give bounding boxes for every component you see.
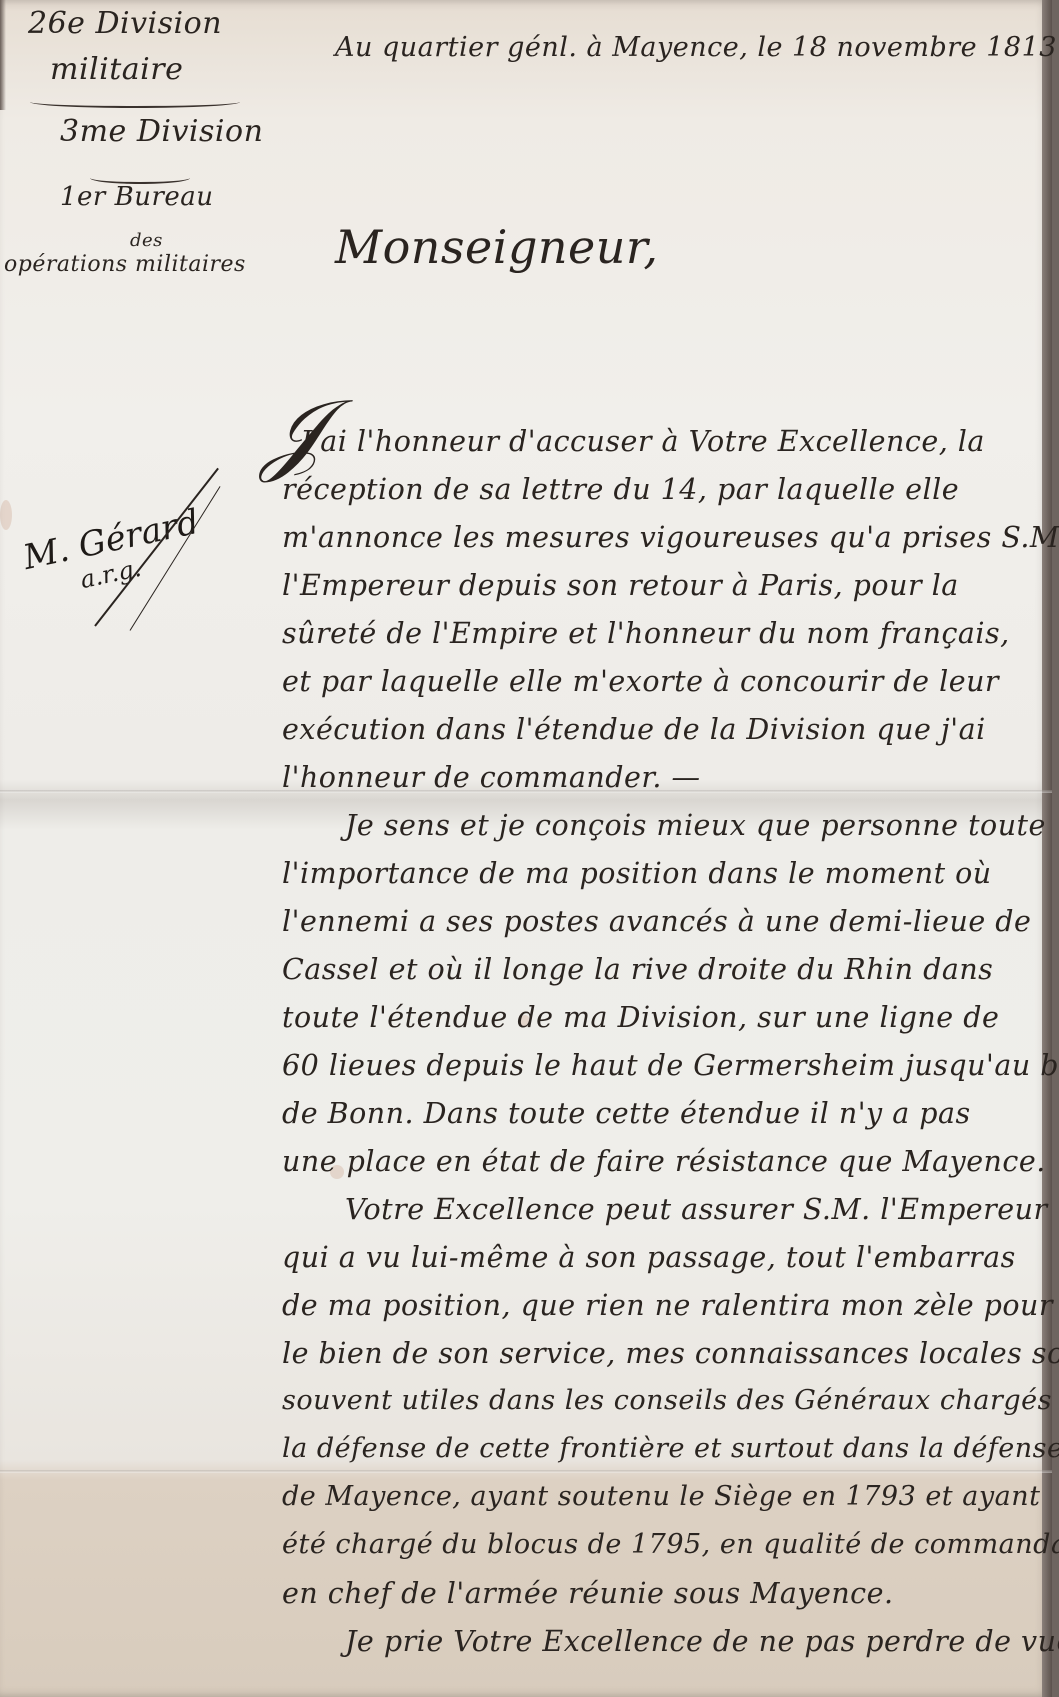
body-line: m'annonce les mesures vigoureuses qu'a p… [282,521,1059,554]
body-line: souvent utiles dans les conseils des Gén… [282,1385,1059,1416]
body-line: en chef de l'armée réunie sous Mayence. [282,1577,894,1610]
body-line: été chargé du blocus de 1795, en qualité… [282,1529,1059,1560]
body-line: exécution dans l'étendue de la Division … [282,713,986,746]
body-line: de Mayence, ayant soutenu le Siège en 17… [282,1481,1040,1512]
decorative-underline [30,96,240,108]
body-line: Je sens et je conçois mieux que personne… [345,809,1046,842]
margin-header-line: 26e Division [28,6,222,41]
salutation: Monseigneur, [335,220,658,274]
paper-fold-crease [0,1470,1052,1473]
body-line: toute l'étendue de ma Division, sur une … [282,1001,999,1034]
body-line: qui a vu lui-même à son passage, tout l'… [282,1241,1016,1274]
body-line: Cassel et où il longe la rive droite du … [282,953,993,986]
margin-header-line: 1er Bureau [60,182,214,212]
paper-stain [0,500,12,530]
body-line: de ma position, que rien ne ralentira mo… [282,1289,1053,1322]
margin-header-line: 3me Division [60,114,263,149]
page-edge-left [0,0,6,110]
body-line: une place en état de faire résistance qu… [282,1145,1046,1178]
margin-header-line: opérations militaires [4,252,246,277]
body-line: et par laquelle elle m'exorte à concouri… [282,665,999,698]
margin-header-line: des [130,230,163,251]
body-line: Votre Excellence peut assurer S.M. l'Emp… [345,1193,1048,1226]
body-line: l'honneur de commander. — [282,761,701,794]
body-line: l'Empereur depuis son retour à Paris, po… [282,569,959,602]
body-line: le bien de son service, mes connaissance… [282,1337,1059,1370]
body-line: 60 lieues depuis le haut de Germersheim … [282,1049,1059,1082]
body-line: l'importance de ma position dans le mome… [282,857,992,890]
body-line: l'ennemi a ses postes avancés à une demi… [282,905,1031,938]
body-line: réception de sa lettre du 14, par laquel… [282,473,959,506]
margin-header-line: militaire [50,52,183,87]
letter-page: 26e Division militaire 3me Division 1er … [0,0,1052,1697]
body-line: sûreté de l'Empire et l'honneur du nom f… [282,617,1010,650]
dateline: Au quartier génl. à Mayence, le 18 novem… [335,32,1057,63]
body-line: de Bonn. Dans toute cette étendue il n'y… [282,1097,971,1130]
body-line: Je prie Votre Excellence de ne pas perdr… [345,1625,1059,1658]
body-line: la défense de cette frontière et surtout… [282,1433,1059,1464]
body-line: J'ai l'honneur d'accuser à Votre Excelle… [300,425,985,458]
